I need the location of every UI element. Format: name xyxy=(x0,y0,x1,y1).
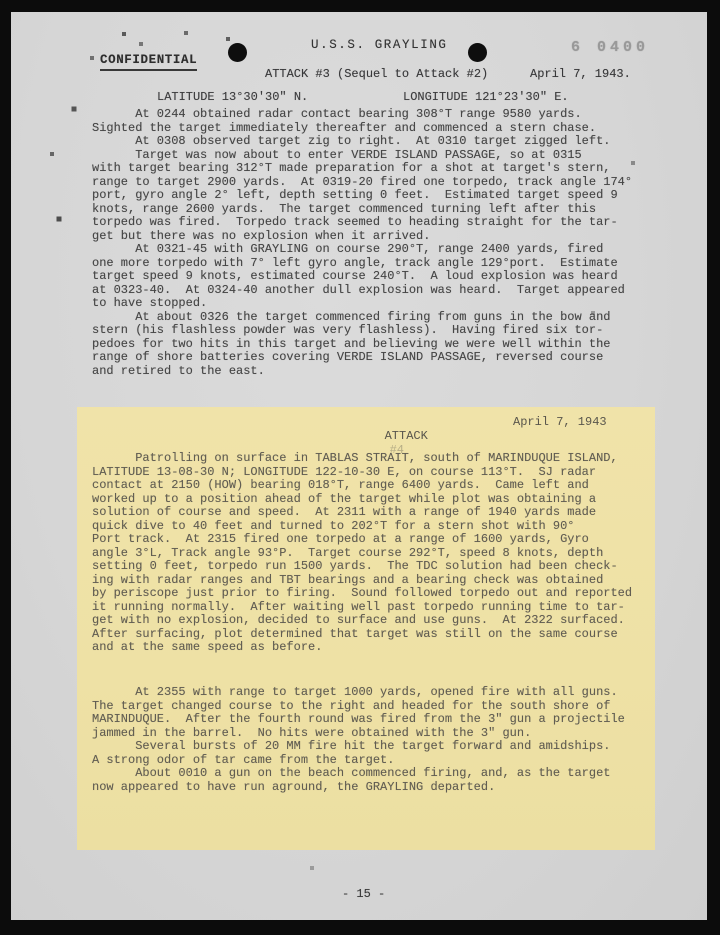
highlight-region: ATTACK #4 April 7, 1943 Patrolling on su… xyxy=(77,407,655,850)
ship-name-title: U.S.S. GRAYLING xyxy=(311,39,448,53)
scan-artifacts xyxy=(11,12,13,14)
page-number: - 15 - xyxy=(342,888,385,902)
attack3-body-text: At 0244 obtained radar contact bearing 3… xyxy=(92,108,677,378)
attack4-paragraph-1: Patrolling on surface in TABLAS STRAIT, … xyxy=(92,452,652,655)
attack3-date: April 7, 1943. xyxy=(530,68,631,82)
document-page: CONFIDENTIAL U.S.S. GRAYLING 6 0400 ATTA… xyxy=(11,12,707,920)
hole-punch-dot-left xyxy=(228,43,247,62)
attack4-paragraph-2: At 2355 with range to target 1000 yards,… xyxy=(92,686,652,794)
serial-number-stamp: 6 0400 xyxy=(571,41,649,55)
scanned-document-canvas: CONFIDENTIAL U.S.S. GRAYLING 6 0400 ATTA… xyxy=(0,0,720,935)
hole-punch-dot-right xyxy=(468,43,487,62)
classification-stamp: CONFIDENTIAL xyxy=(100,54,197,71)
attack3-longitude: LONGITUDE 121°23'30" E. xyxy=(403,91,569,105)
attack3-latitude: LATITUDE 13°30'30" N. xyxy=(157,91,308,105)
attack3-heading: ATTACK #3 (Sequel to Attack #2) xyxy=(265,68,488,82)
attack4-date: April 7, 1943 xyxy=(513,415,607,429)
attack4-heading-word: ATTACK xyxy=(385,429,428,443)
